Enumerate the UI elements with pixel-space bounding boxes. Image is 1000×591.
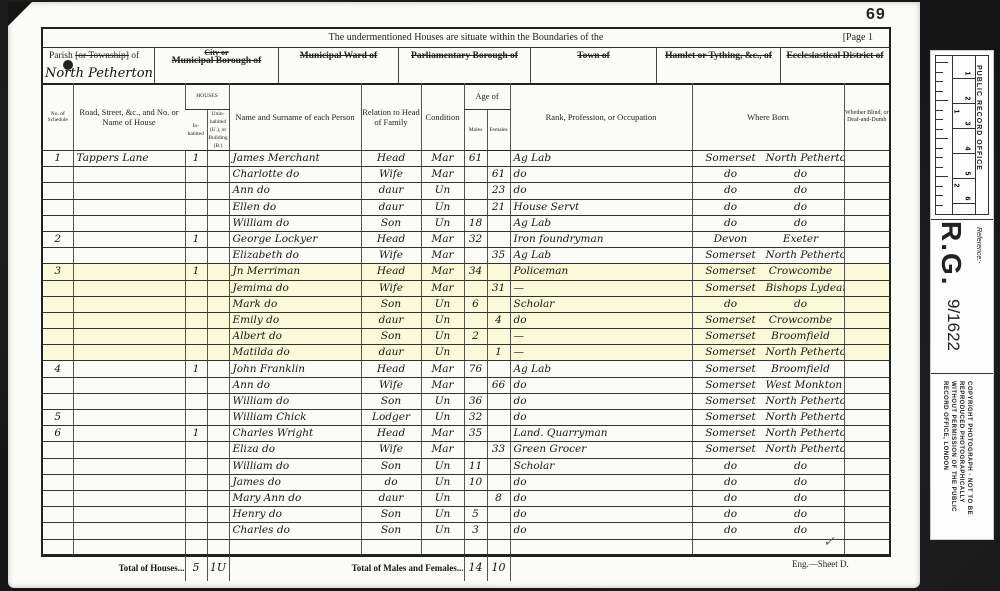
infirmity-cell bbox=[844, 426, 889, 442]
uninhabited-cell bbox=[207, 248, 229, 264]
occupation-cell: — bbox=[510, 280, 692, 296]
male-age-cell: 76 bbox=[464, 361, 487, 377]
female-age-cell: 35 bbox=[487, 248, 510, 264]
inhabited-cell bbox=[185, 345, 207, 361]
male-age-cell bbox=[464, 183, 487, 199]
where-born-cell: SomersetNorth Petherton bbox=[692, 248, 844, 264]
town-struck-label: Town of bbox=[531, 47, 656, 61]
female-age-cell: 61 bbox=[487, 167, 510, 183]
name-cell: Charles Wright bbox=[229, 426, 361, 442]
name-cell: William do bbox=[229, 215, 361, 231]
header-houses: HOUSES bbox=[185, 83, 229, 110]
uninhabited-cell bbox=[207, 377, 229, 393]
road-cell bbox=[73, 474, 185, 490]
born-place: do bbox=[766, 297, 836, 312]
hamlet-cell: Hamlet or Tything, &c., of bbox=[657, 47, 781, 83]
born-county: Somerset bbox=[696, 426, 766, 441]
name-cell: Emily do bbox=[229, 312, 361, 328]
page-label: [Page 1 bbox=[843, 32, 873, 43]
occupation-cell: do bbox=[510, 312, 692, 328]
road-cell bbox=[73, 280, 185, 296]
inhabited-cell: 1 bbox=[185, 151, 207, 167]
name-cell: William Chick bbox=[229, 410, 361, 426]
table-row: 31Jn MerrimanHeadMar34PolicemanSomersetC… bbox=[43, 264, 889, 280]
total-houses-uninhabited: 1U bbox=[210, 561, 226, 574]
relation-cell: Son bbox=[361, 393, 421, 409]
inhabited-cell bbox=[185, 442, 207, 458]
name-cell: William do bbox=[229, 458, 361, 474]
infirmity-cell bbox=[844, 442, 889, 458]
female-age-cell: 33 bbox=[487, 442, 510, 458]
female-age-cell: 23 bbox=[487, 183, 510, 199]
uninhabited-cell bbox=[207, 442, 229, 458]
empty-cell bbox=[43, 539, 73, 555]
table-row: William doSonUn18Ag Labdodo bbox=[43, 215, 889, 231]
class-code: R.G. bbox=[935, 221, 967, 287]
born-county: do bbox=[696, 507, 766, 522]
where-born-cell: dodo bbox=[692, 199, 844, 215]
total-persons-label: Total of Males and Females... bbox=[229, 555, 464, 581]
condition-cell: Mar bbox=[421, 248, 464, 264]
empty-cell bbox=[487, 539, 510, 555]
born-county: Somerset bbox=[696, 442, 766, 457]
table-row: 5William ChickLodgerUn32doSomersetNorth … bbox=[43, 410, 889, 426]
schedule-cell bbox=[43, 345, 73, 361]
empty-cell bbox=[844, 539, 889, 555]
condition-cell: Un bbox=[421, 199, 464, 215]
male-age-cell: 2 bbox=[464, 329, 487, 345]
male-age-cell: 32 bbox=[464, 410, 487, 426]
uninhabited-cell bbox=[207, 183, 229, 199]
male-age-cell: 6 bbox=[464, 296, 487, 312]
name-cell: Henry do bbox=[229, 507, 361, 523]
occupation-cell: do bbox=[510, 523, 692, 539]
census-form: The undermentioned Houses are situate wi… bbox=[41, 27, 891, 557]
inhabited-cell bbox=[185, 199, 207, 215]
relation-cell: Head bbox=[361, 361, 421, 377]
uninhabited-cell bbox=[207, 361, 229, 377]
census-table: No. of Schedule Road, Street, &c., and N… bbox=[43, 83, 889, 581]
table-row: 41John FranklinHeadMar76Ag LabSomersetBr… bbox=[43, 361, 889, 377]
condition-cell: Un bbox=[421, 345, 464, 361]
ruler-number: 1 bbox=[963, 72, 970, 76]
born-place: West Monkton bbox=[766, 378, 843, 393]
condition-cell: Mar bbox=[421, 151, 464, 167]
table-row: 1Tappers Lane1James MerchantHeadMar61Ag … bbox=[43, 151, 889, 167]
inhabited-cell bbox=[185, 296, 207, 312]
empty-cell bbox=[421, 539, 464, 555]
header-where-born: Where Born bbox=[692, 83, 844, 151]
name-cell: Eliza do bbox=[229, 442, 361, 458]
total-males: 14 bbox=[469, 561, 483, 574]
total-females: 10 bbox=[492, 561, 506, 574]
name-cell: Charles do bbox=[229, 523, 361, 539]
female-age-cell bbox=[487, 507, 510, 523]
ruler-number: 3 bbox=[963, 122, 970, 126]
condition-cell: Mar bbox=[421, 280, 464, 296]
relation-cell: daur bbox=[361, 345, 421, 361]
where-born-cell: dodo bbox=[692, 474, 844, 490]
condition-cell: Un bbox=[421, 490, 464, 506]
infirmity-cell bbox=[844, 151, 889, 167]
uninhabited-cell bbox=[207, 296, 229, 312]
born-place: Bishops Lydeard bbox=[766, 281, 845, 296]
road-cell bbox=[73, 426, 185, 442]
town-cell: Town of bbox=[531, 47, 657, 83]
born-place: North Petherton bbox=[766, 345, 845, 360]
born-place: North Petherton bbox=[766, 248, 845, 263]
born-county: Somerset bbox=[696, 378, 766, 393]
road-cell bbox=[73, 215, 185, 231]
schedule-cell bbox=[43, 312, 73, 328]
born-place: Crowcombe bbox=[766, 313, 836, 328]
born-place: do bbox=[766, 200, 836, 215]
empty-cell bbox=[692, 539, 844, 555]
table-row: Mary Ann dodaurUn8dododo bbox=[43, 490, 889, 506]
name-cell: Mary Ann do bbox=[229, 490, 361, 506]
male-age-cell bbox=[464, 248, 487, 264]
piece-number: 9/1622 bbox=[943, 299, 963, 351]
name-cell: Ann do bbox=[229, 377, 361, 393]
occupation-cell: Ag Lab bbox=[510, 361, 692, 377]
torn-corner bbox=[8, 2, 32, 26]
relation-cell: Son bbox=[361, 507, 421, 523]
where-born-cell: dodo bbox=[692, 183, 844, 199]
table-row: Albert doSonUn2—SomersetBroomfield bbox=[43, 329, 889, 345]
born-place: do bbox=[766, 183, 836, 198]
occupation-cell: — bbox=[510, 329, 692, 345]
where-born-cell: SomersetCrowcombe bbox=[692, 264, 844, 280]
born-place: do bbox=[766, 507, 836, 522]
female-age-cell bbox=[487, 231, 510, 247]
where-born-cell: SomersetNorth Petherton bbox=[692, 345, 844, 361]
table-row: Henry doSonUn5dododo bbox=[43, 507, 889, 523]
header-age: Age of bbox=[464, 83, 510, 110]
infirmity-cell bbox=[844, 167, 889, 183]
inhabited-cell bbox=[185, 393, 207, 409]
condition-cell: Un bbox=[421, 474, 464, 490]
occupation-cell: Policeman bbox=[510, 264, 692, 280]
born-county: Devon bbox=[696, 232, 766, 247]
male-age-cell: 10 bbox=[464, 474, 487, 490]
inhabited-cell: 1 bbox=[185, 231, 207, 247]
road-cell bbox=[73, 167, 185, 183]
relation-cell: daur bbox=[361, 490, 421, 506]
road-cell bbox=[73, 329, 185, 345]
schedule-cell bbox=[43, 296, 73, 312]
table-row: Matilda dodaurUn1—SomersetNorth Petherto… bbox=[43, 345, 889, 361]
male-age-cell: 11 bbox=[464, 458, 487, 474]
where-born-cell: SomersetWest Monkton bbox=[692, 377, 844, 393]
name-cell: Mark do bbox=[229, 296, 361, 312]
where-born-cell: SomersetNorth Petherton bbox=[692, 410, 844, 426]
where-born-cell: SomersetBishops Lydeard bbox=[692, 280, 844, 296]
name-cell: George Lockyer bbox=[229, 231, 361, 247]
inhabited-cell bbox=[185, 507, 207, 523]
female-age-cell bbox=[487, 458, 510, 474]
female-age-cell bbox=[487, 329, 510, 345]
infirmity-cell bbox=[844, 312, 889, 328]
municipal-borough-struck-label: Municipal Borough of bbox=[155, 57, 278, 66]
occupation-cell: Iron foundryman bbox=[510, 231, 692, 247]
born-county: Somerset bbox=[696, 313, 766, 328]
table-row: 21George LockyerHeadMar32Iron foundryman… bbox=[43, 231, 889, 247]
where-born-cell: SomersetNorth Petherton bbox=[692, 393, 844, 409]
table-row: James dodoUn10dododo bbox=[43, 474, 889, 490]
schedule-cell bbox=[43, 280, 73, 296]
infirmity-cell bbox=[844, 523, 889, 539]
total-houses-inhabited: 5 bbox=[193, 561, 200, 574]
born-county: Somerset bbox=[696, 410, 766, 425]
condition-cell: Mar bbox=[421, 377, 464, 393]
enumerator-tick: ✓ bbox=[823, 534, 835, 550]
male-age-cell: 36 bbox=[464, 393, 487, 409]
name-cell: Elizabeth do bbox=[229, 248, 361, 264]
relation-cell: daur bbox=[361, 183, 421, 199]
table-row: Emily dodaurUn4doSomersetCrowcombe bbox=[43, 312, 889, 328]
road-cell bbox=[73, 312, 185, 328]
relation-cell: Wife bbox=[361, 377, 421, 393]
relation-cell: daur bbox=[361, 199, 421, 215]
name-cell: William do bbox=[229, 393, 361, 409]
form-caption: The undermentioned Houses are situate wi… bbox=[43, 32, 889, 43]
uninhabited-cell bbox=[207, 167, 229, 183]
schedule-cell: 3 bbox=[43, 264, 73, 280]
census-page: 69 The undermentioned Houses are situate… bbox=[8, 2, 920, 588]
inhabited-cell bbox=[185, 215, 207, 231]
road-cell bbox=[73, 442, 185, 458]
male-age-cell bbox=[464, 377, 487, 393]
condition-cell: Un bbox=[421, 296, 464, 312]
condition-cell: Un bbox=[421, 458, 464, 474]
inhabited-cell bbox=[185, 377, 207, 393]
condition-cell: Mar bbox=[421, 442, 464, 458]
municipal-ward-struck-label: Municipal Ward of bbox=[279, 47, 398, 61]
born-county: do bbox=[696, 523, 766, 538]
name-cell: Charlotte do bbox=[229, 167, 361, 183]
female-age-cell: 31 bbox=[487, 280, 510, 296]
male-age-cell: 5 bbox=[464, 507, 487, 523]
relation-cell: Wife bbox=[361, 442, 421, 458]
infirmity-cell bbox=[844, 361, 889, 377]
boundaries-row: Parish [or Township] of North Petherton … bbox=[43, 47, 889, 85]
uninhabited-cell bbox=[207, 231, 229, 247]
condition-cell: Un bbox=[421, 312, 464, 328]
condition-cell: Un bbox=[421, 410, 464, 426]
male-age-cell bbox=[464, 167, 487, 183]
occupation-cell: Ag Lab bbox=[510, 151, 692, 167]
inhabited-cell: 1 bbox=[185, 361, 207, 377]
uninhabited-cell bbox=[207, 264, 229, 280]
female-age-cell: 66 bbox=[487, 377, 510, 393]
infirmity-cell bbox=[844, 507, 889, 523]
relation-cell: Wife bbox=[361, 280, 421, 296]
condition-cell: Mar bbox=[421, 231, 464, 247]
where-born-cell: SomersetBroomfield bbox=[692, 361, 844, 377]
condition-cell: Un bbox=[421, 215, 464, 231]
male-age-cell bbox=[464, 490, 487, 506]
empty-cell bbox=[73, 539, 185, 555]
uninhabited-cell bbox=[207, 410, 229, 426]
infirmity-cell bbox=[844, 329, 889, 345]
condition-cell: Un bbox=[421, 393, 464, 409]
table-row: Eliza doWifeMar33Green GrocerSomersetNor… bbox=[43, 442, 889, 458]
occupation-cell: do bbox=[510, 474, 692, 490]
condition-cell: Mar bbox=[421, 426, 464, 442]
born-county: Somerset bbox=[696, 264, 766, 279]
empty-cell bbox=[229, 539, 361, 555]
condition-cell: Un bbox=[421, 183, 464, 199]
uninhabited-cell bbox=[207, 474, 229, 490]
uninhabited-cell bbox=[207, 426, 229, 442]
female-age-cell bbox=[487, 410, 510, 426]
born-county: do bbox=[696, 459, 766, 474]
header-relation: Relation to Head of Family bbox=[361, 83, 421, 151]
male-age-cell: 35 bbox=[464, 426, 487, 442]
empty-cell bbox=[207, 539, 229, 555]
infirmity-cell bbox=[844, 377, 889, 393]
female-age-cell: 4 bbox=[487, 312, 510, 328]
male-age-cell: 3 bbox=[464, 523, 487, 539]
table-row: Charlotte doWifeMar61dododo bbox=[43, 167, 889, 183]
name-cell: John Franklin bbox=[229, 361, 361, 377]
where-born-cell: dodo bbox=[692, 490, 844, 506]
male-age-cell: 18 bbox=[464, 215, 487, 231]
road-cell bbox=[73, 231, 185, 247]
male-age-cell bbox=[464, 280, 487, 296]
female-age-cell: 1 bbox=[487, 345, 510, 361]
male-age-cell: 61 bbox=[464, 151, 487, 167]
born-county: Somerset bbox=[696, 281, 766, 296]
name-cell: James do bbox=[229, 474, 361, 490]
ruler-ticks bbox=[936, 56, 952, 214]
born-place: North Petherton bbox=[766, 426, 845, 441]
schedule-cell: 5 bbox=[43, 410, 73, 426]
schedule-cell bbox=[43, 377, 73, 393]
occupation-cell: — bbox=[510, 345, 692, 361]
born-place: do bbox=[766, 459, 836, 474]
infirmity-cell bbox=[844, 410, 889, 426]
relation-cell: daur bbox=[361, 312, 421, 328]
reference-label: Reference:- bbox=[975, 227, 982, 264]
born-county: Somerset bbox=[696, 394, 766, 409]
header-name: Name and Surname of each Person bbox=[229, 83, 361, 151]
where-born-cell: SomersetNorth Petherton bbox=[692, 426, 844, 442]
inhabited-cell bbox=[185, 474, 207, 490]
header-schedule: No. of Schedule bbox=[43, 83, 73, 151]
table-row: William doSonUn11Scholardodo bbox=[43, 458, 889, 474]
occupation-cell: Scholar bbox=[510, 458, 692, 474]
uninhabited-cell bbox=[207, 507, 229, 523]
header-infirmity: Whether Blind, or Deaf-and-Dumb bbox=[844, 83, 889, 151]
uninhabited-cell bbox=[207, 458, 229, 474]
road-cell bbox=[73, 345, 185, 361]
schedule-cell bbox=[43, 215, 73, 231]
road-cell: Tappers Lane bbox=[73, 151, 185, 167]
infirmity-cell bbox=[844, 296, 889, 312]
schedule-cell: 2 bbox=[43, 231, 73, 247]
ruler-columns: 12345612 bbox=[952, 56, 976, 214]
inhabited-cell bbox=[185, 523, 207, 539]
female-age-cell bbox=[487, 523, 510, 539]
male-age-cell bbox=[464, 345, 487, 361]
road-cell bbox=[73, 458, 185, 474]
road-cell bbox=[73, 264, 185, 280]
where-born-cell: SomersetNorth Petherton bbox=[692, 442, 844, 458]
male-age-cell bbox=[464, 199, 487, 215]
female-age-cell bbox=[487, 393, 510, 409]
schedule-cell bbox=[43, 393, 73, 409]
relation-cell: Wife bbox=[361, 248, 421, 264]
road-cell bbox=[73, 410, 185, 426]
infirmity-cell bbox=[844, 248, 889, 264]
table-row: 61Charles WrightHeadMar35Land. Quarryman… bbox=[43, 426, 889, 442]
record-office-label: PUBLIC RECORD OFFICE bbox=[975, 65, 982, 171]
uninhabited-cell bbox=[207, 345, 229, 361]
header-road: Road, Street, &c., and No. or Name of Ho… bbox=[73, 83, 185, 151]
infirmity-cell bbox=[844, 458, 889, 474]
where-born-cell: dodo bbox=[692, 167, 844, 183]
parliamentary-borough-cell: Parliamentary Borough of bbox=[399, 47, 531, 83]
where-born-cell: dodo bbox=[692, 507, 844, 523]
condition-cell: Mar bbox=[421, 264, 464, 280]
infirmity-cell bbox=[844, 490, 889, 506]
empty-cell bbox=[185, 539, 207, 555]
born-county: do bbox=[696, 297, 766, 312]
parish-cell: Parish [or Township] of North Petherton bbox=[43, 47, 155, 83]
schedule-cell bbox=[43, 507, 73, 523]
name-cell: Ellen do bbox=[229, 199, 361, 215]
card-divider bbox=[931, 373, 993, 374]
schedule-cell bbox=[43, 490, 73, 506]
condition-cell: Un bbox=[421, 507, 464, 523]
relation-cell: Lodger bbox=[361, 410, 421, 426]
inhabited-cell: 1 bbox=[185, 264, 207, 280]
male-age-cell: 34 bbox=[464, 264, 487, 280]
where-born-cell: DevonExeter bbox=[692, 231, 844, 247]
born-place: Broomfield bbox=[766, 362, 836, 377]
road-cell bbox=[73, 507, 185, 523]
uninhabited-cell bbox=[207, 280, 229, 296]
copyright-notice: COPYRIGHT PHOTOGRAPH - NOT TO BE REPRODU… bbox=[941, 381, 973, 531]
where-born-cell: dodo bbox=[692, 296, 844, 312]
born-place: do bbox=[766, 216, 836, 231]
female-age-cell bbox=[487, 151, 510, 167]
reference-card: 12345612 PUBLIC RECORD OFFICE Reference:… bbox=[930, 50, 994, 540]
where-born-cell: dodo bbox=[692, 523, 844, 539]
occupation-cell: Ag Lab bbox=[510, 215, 692, 231]
born-place: North Petherton bbox=[766, 151, 845, 166]
uninhabited-cell bbox=[207, 393, 229, 409]
infirmity-cell bbox=[844, 231, 889, 247]
inhabited-cell bbox=[185, 280, 207, 296]
occupation-cell: Green Grocer bbox=[510, 442, 692, 458]
occupation-cell: Scholar bbox=[510, 296, 692, 312]
road-cell bbox=[73, 393, 185, 409]
relation-cell: Son bbox=[361, 458, 421, 474]
inhabited-cell bbox=[185, 410, 207, 426]
blank-row bbox=[43, 539, 889, 555]
female-age-cell bbox=[487, 426, 510, 442]
table-row: Ann doWifeMar66doSomersetWest Monkton bbox=[43, 377, 889, 393]
relation-cell: Son bbox=[361, 329, 421, 345]
schedule-cell bbox=[43, 167, 73, 183]
header-inhabited: In-habited bbox=[185, 110, 207, 151]
municipal-borough-cell: City or Municipal Borough of bbox=[155, 47, 279, 83]
female-age-cell: 21 bbox=[487, 199, 510, 215]
occupation-cell: do bbox=[510, 393, 692, 409]
uninhabited-cell bbox=[207, 215, 229, 231]
